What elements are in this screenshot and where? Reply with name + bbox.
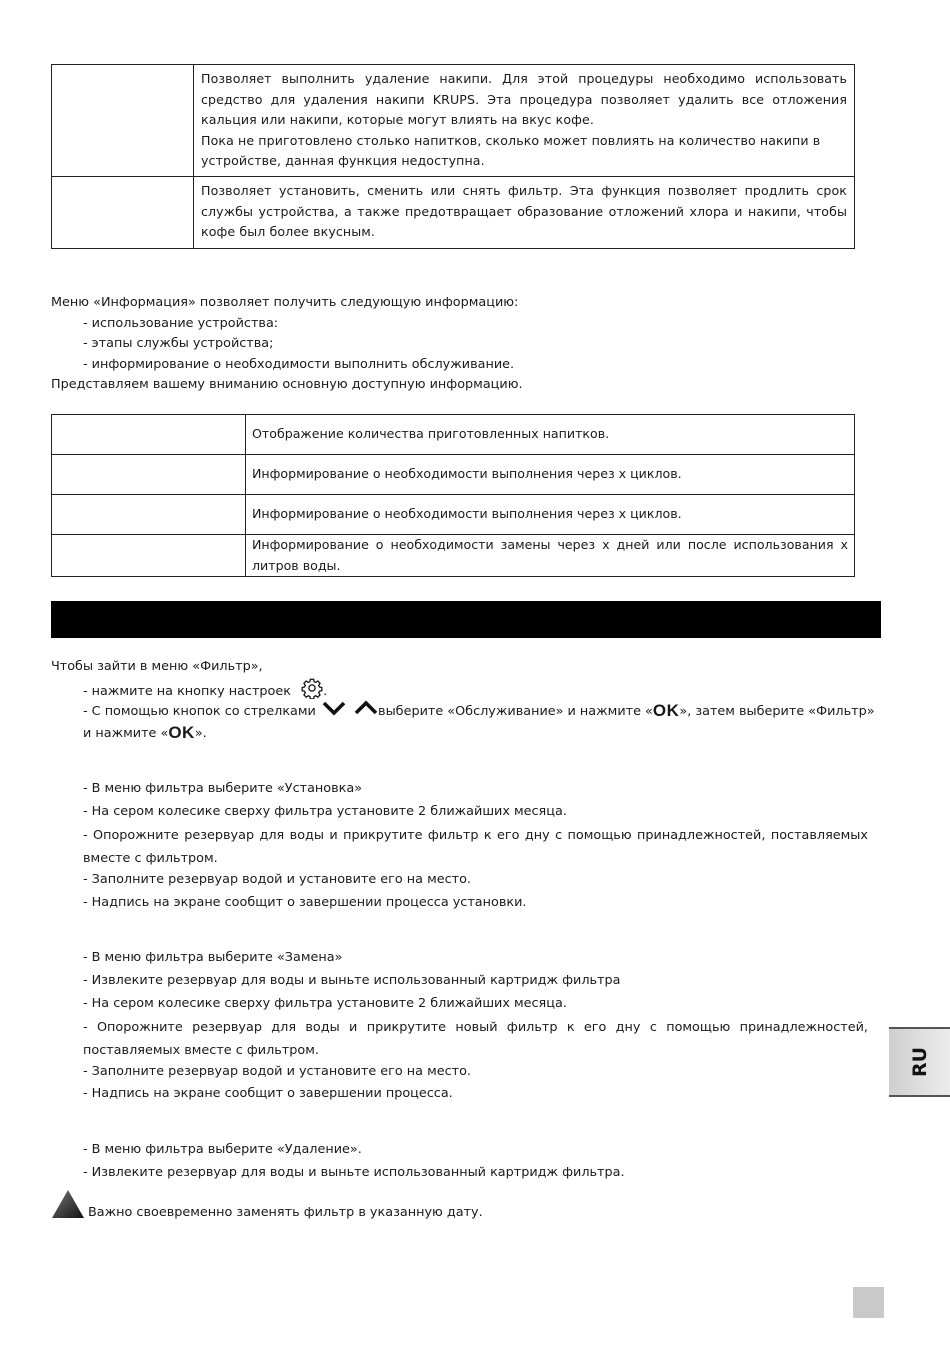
- info-outro: Представляем вашему вниманию основную до…: [51, 375, 523, 395]
- replace-step: - На сером колесике сверху фильтра устан…: [83, 994, 567, 1014]
- row-description-cell: Отображение количества приготовленных на…: [246, 415, 855, 455]
- replace-step: - Надпись на экране сообщит о завершении…: [83, 1084, 453, 1104]
- replace-step: - Заполните резервуар водой и установите…: [83, 1062, 471, 1082]
- chevron-down-icon: [322, 700, 346, 723]
- filter-menu-lead: Чтобы зайти в меню «Фильтр»,: [51, 657, 263, 677]
- info-item: - использование устройства:: [83, 314, 278, 334]
- ok-button-glyph: OK: [653, 701, 680, 720]
- info-lead: Меню «Информация» позволяет получить сле…: [51, 293, 518, 313]
- chevron-up-icon: [354, 700, 378, 723]
- language-label: RU: [909, 1047, 931, 1077]
- row-label-cell: [52, 455, 246, 495]
- table-row: Информирование о необходимости замены че…: [52, 535, 855, 577]
- remove-step: - Извлеките резервуар для воды и выньте …: [83, 1163, 625, 1183]
- replace-step: - В меню фильтра выберите «Замена»: [83, 948, 342, 968]
- replace-step: - Извлеките резервуар для воды и выньте …: [83, 971, 621, 991]
- install-step: - На сером колесике сверху фильтра устан…: [83, 802, 567, 822]
- filter-step-navigate-cont: и нажмите «OK».: [83, 723, 207, 744]
- row-label-cell: [52, 495, 246, 535]
- descaling-availability-note: Пока не приготовлено столько напитков, с…: [201, 131, 847, 172]
- table-row: Отображение количества приготовленных на…: [52, 415, 855, 455]
- maintenance-table: Позволяет выполнить удаление накипи. Для…: [51, 64, 855, 249]
- install-step: - Надпись на экране сообщит о завершении…: [83, 893, 526, 913]
- step-text: - С помощью кнопок со стрелками: [83, 704, 316, 719]
- remove-step: - В меню фильтра выберите «Удаление».: [83, 1140, 362, 1160]
- row-label-cell: [52, 65, 194, 177]
- install-step: - Опорожните резервуар для воды и прикру…: [75, 824, 868, 870]
- row-label-cell: [52, 176, 194, 248]
- ok-button-glyph: OK: [168, 723, 195, 742]
- step-text: », затем выберите «Фильтр»: [679, 704, 874, 719]
- row-description-cell: Позволяет выполнить удаление накипи. Для…: [194, 65, 855, 177]
- section-header-bar: [51, 601, 881, 638]
- install-step: - В меню фильтра выберите «Установка»: [83, 779, 362, 799]
- row-label-cell: [52, 415, 246, 455]
- step-text: .: [323, 684, 327, 699]
- info-item: - этапы службы устройства;: [83, 334, 273, 354]
- page-number-box: [853, 1287, 884, 1318]
- row-description-cell: Позволяет установить, сменить или снять …: [194, 176, 855, 248]
- warning-triangle-icon: [51, 1189, 85, 1219]
- table-row: Информирование о необходимости выполнени…: [52, 495, 855, 535]
- filter-description: Позволяет установить, сменить или снять …: [201, 181, 847, 243]
- language-tab: RU: [889, 1027, 950, 1097]
- warning-text: Важно своевременно заменять фильтр в ука…: [88, 1203, 483, 1223]
- step-text: выберите «Обслуживание» и нажмите «: [378, 704, 653, 719]
- install-step: - Заполните резервуар водой и установите…: [83, 870, 471, 890]
- info-item: - информирование о необходимости выполни…: [83, 355, 514, 375]
- row-description-cell: Информирование о необходимости замены че…: [246, 535, 855, 577]
- descaling-description: Позволяет выполнить удаление накипи. Для…: [201, 69, 847, 131]
- row-description-cell: Информирование о необходимости выполнени…: [246, 455, 855, 495]
- table-row: Позволяет выполнить удаление накипи. Для…: [52, 65, 855, 177]
- row-label-cell: [52, 535, 246, 577]
- step-text: и нажмите «: [83, 726, 168, 741]
- row-description-cell: Информирование о необходимости выполнени…: [246, 495, 855, 535]
- step-text: ».: [195, 726, 207, 741]
- replace-step: - Опорожните резервуар для воды и прикру…: [83, 1016, 868, 1062]
- info-table: Отображение количества приготовленных на…: [51, 414, 855, 577]
- table-row: Информирование о необходимости выполнени…: [52, 455, 855, 495]
- filter-step-navigate: - С помощью кнопок со стрелками выберите…: [83, 700, 875, 723]
- table-row: Позволяет установить, сменить или снять …: [52, 176, 855, 248]
- step-text: - нажмите на кнопку настроек: [83, 684, 291, 699]
